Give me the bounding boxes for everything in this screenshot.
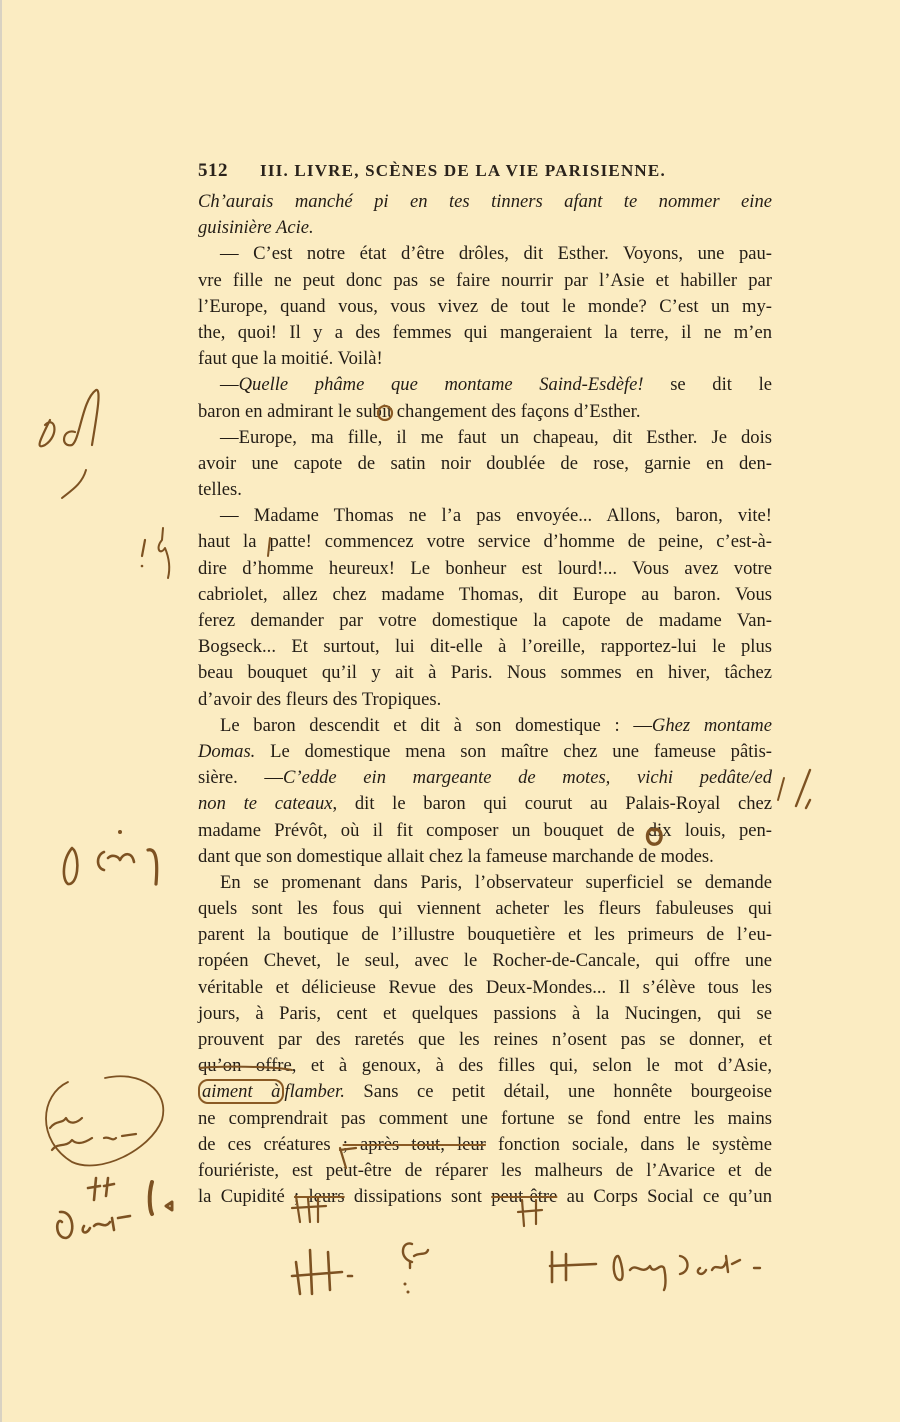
handwritten-annotations-icon xyxy=(0,0,900,1422)
